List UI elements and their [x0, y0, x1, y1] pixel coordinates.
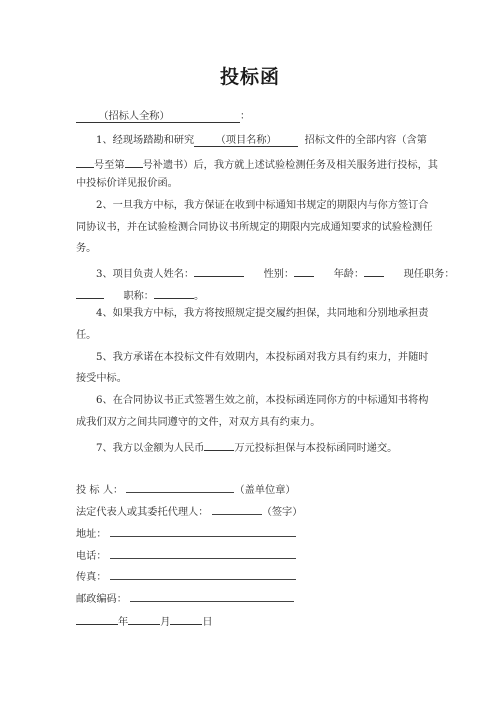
p2-line1: 2、一旦我方中标，我方保证在收到中标通知书规定的期限内与你方签订合	[96, 199, 428, 213]
manager-name-field[interactable]	[194, 264, 244, 277]
p6-line1: 6、在合同协议书正式签署生效之前，本投标函连同你方的中标通知书将构	[96, 394, 428, 408]
title-label: 职称：	[123, 291, 154, 302]
bidder-field[interactable]	[126, 481, 234, 493]
title-field[interactable]	[154, 286, 194, 299]
p1-line2-b: 号补遗书）后，我方就上述试验检测任务及相关服务进行投标，其	[143, 160, 438, 171]
project-name-field[interactable]: （项目名称）	[194, 134, 298, 147]
p7-suffix: 万元投标担保与本投标函同时递交。	[234, 443, 397, 454]
p6-line2: 成我们双方之间共同遵守的文件，对双方具有约束力。	[76, 416, 321, 430]
p1-line1: 1、经现场踏勘和研究（项目名称） 招标文件的全部内容（含第	[96, 134, 427, 148]
day-field[interactable]	[170, 612, 202, 625]
document-page: 投标函 （招标人全称）： 1、经现场踏勘和研究（项目名称） 招标文件的全部内容（…	[0, 0, 500, 707]
phone-line: 电话：	[76, 547, 296, 564]
document-title: 投标函	[0, 62, 500, 89]
representative-field[interactable]	[212, 503, 262, 515]
representative-label: 法定代表人或其委托代理人：	[76, 507, 208, 518]
age-field[interactable]	[364, 264, 384, 277]
age-label: 年龄：	[334, 269, 365, 280]
address-field[interactable]	[110, 525, 296, 537]
p1-line3: 中投标价详见报价函。	[76, 177, 178, 191]
p1-line2: 号至第号补遗书）后，我方就上述试验检测任务及相关服务进行投标，其	[76, 155, 438, 173]
addressee-field[interactable]: （招标人全称）	[76, 110, 240, 123]
p3-line1: 3、项目负责人姓名： 性别： 年龄： 现任职务：	[96, 264, 455, 282]
p3-line2: 职称：。	[76, 286, 204, 304]
representative-line: 法定代表人或其委托代理人： （签字）	[76, 503, 302, 520]
postcode-field[interactable]	[130, 590, 294, 602]
p3-end: 。	[194, 291, 204, 302]
addressee-line: （招标人全称）：	[76, 110, 250, 124]
bid-bond-amount-field[interactable]	[204, 438, 234, 451]
p4-line2: 任。	[76, 329, 96, 343]
position-label: 现任职务：	[404, 269, 455, 280]
year-label: 年	[118, 617, 128, 628]
fax-field[interactable]	[110, 568, 296, 580]
addendum-to-field[interactable]	[125, 155, 143, 168]
phone-label: 电话：	[76, 551, 107, 562]
representative-sign-note: （签字）	[262, 507, 303, 518]
postcode-line: 邮政编码：	[76, 590, 294, 607]
bidder-seal-note: （盖单位章）	[234, 485, 295, 496]
month-field[interactable]	[128, 612, 160, 625]
address-line: 地址：	[76, 525, 296, 542]
addressee-colon: ：	[240, 111, 250, 122]
fax-line: 传真：	[76, 568, 296, 585]
postcode-label: 邮政编码：	[76, 594, 127, 605]
p1-line2-a: 号至第	[94, 160, 125, 171]
p4-line1: 4、如果我方中标，我方将按照规定提交履约担保，共同地和分别地承担责	[96, 307, 428, 321]
p7-prefix: 7、我方以金额为人民币	[96, 443, 204, 454]
month-label: 月	[160, 617, 170, 628]
phone-field[interactable]	[110, 547, 296, 559]
fax-label: 传真：	[76, 572, 107, 583]
p1-prefix: 1、经现场踏勘和研究	[96, 135, 194, 146]
position-field[interactable]	[76, 286, 104, 299]
bidder-label: 投 标 人：	[76, 485, 123, 496]
p2-line3: 务。	[76, 242, 96, 256]
addressee-placeholder: （招标人全称）	[98, 111, 169, 122]
p1-after-project: 招标文件的全部内容（含第	[305, 135, 427, 146]
date-line: 年月日	[76, 612, 213, 630]
gender-field[interactable]	[294, 264, 314, 277]
project-name-placeholder: （项目名称）	[216, 135, 277, 146]
p7-line: 7、我方以金额为人民币万元投标担保与本投标函同时递交。	[96, 438, 397, 456]
bidder-line: 投 标 人： （盖单位章）	[76, 481, 296, 498]
addendum-from-field[interactable]	[76, 155, 94, 168]
day-label: 日	[202, 617, 212, 628]
p5-line1: 5、我方承诺在本投标文件有效期内，本投标函对我方具有约束力，并随时	[96, 351, 428, 365]
p2-line2: 同协议书，并在试验检测合同协议书所规定的期限内完成通知要求的试验检测任	[76, 221, 433, 235]
gender-label: 性别：	[264, 269, 295, 280]
p5-line2: 接受中标。	[76, 372, 127, 386]
manager-name-label: 3、项目负责人姓名：	[96, 269, 194, 280]
year-field[interactable]	[76, 612, 118, 625]
address-label: 地址：	[76, 529, 107, 540]
